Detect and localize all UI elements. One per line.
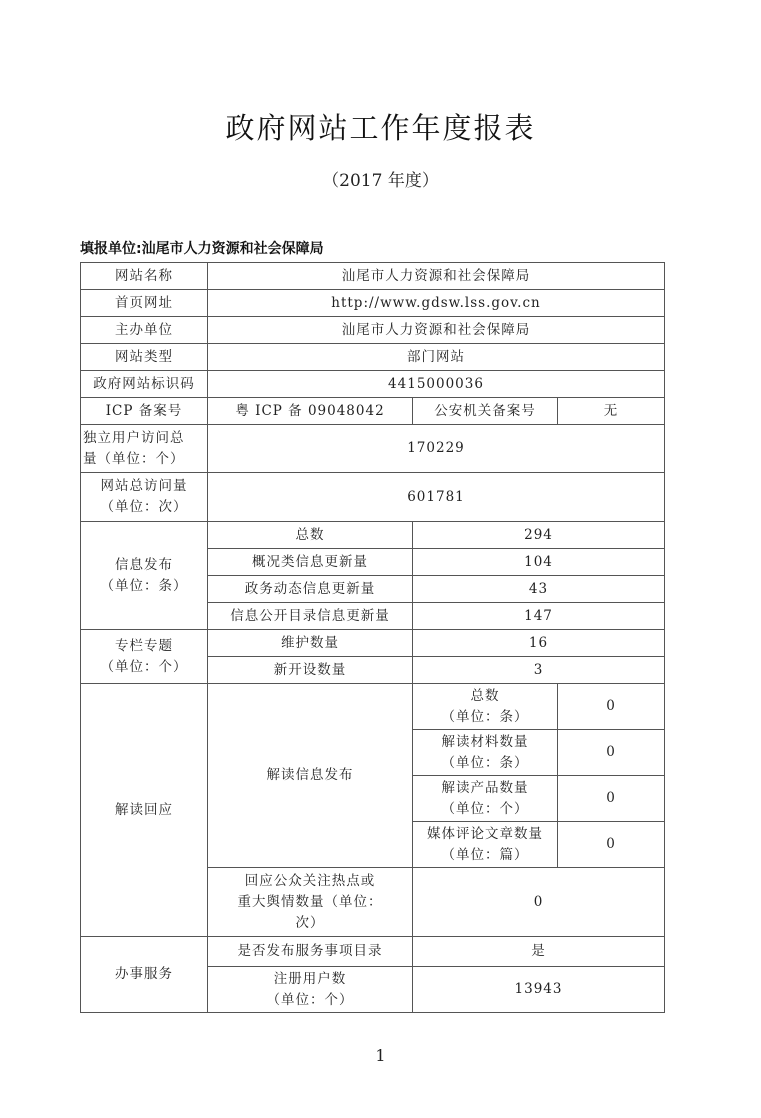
page-title: 政府网站工作年度报表: [0, 106, 761, 147]
table-row: 专栏专题 （单位：个） 维护数量 16: [81, 630, 665, 657]
interpretation-item-value: 0: [558, 684, 665, 730]
service-catalog-value: 是: [413, 937, 665, 967]
public-response-value: 0: [413, 868, 665, 937]
registered-users-label: 注册用户数 （单位：个）: [208, 967, 413, 1013]
icp-value: 粤 ICP 备 09048042: [208, 398, 413, 425]
service-catalog-label: 是否发布服务事项目录: [208, 937, 413, 967]
registered-users-value: 13943: [413, 967, 665, 1013]
info-publish-item-label: 信息公开目录信息更新量: [208, 603, 413, 630]
report-year: （2017 年度）: [0, 166, 761, 191]
interpretation-publish-label: 解读信息发布: [208, 684, 413, 868]
site-name-label: 网站名称: [81, 263, 208, 290]
interpretation-item-value: 0: [558, 730, 665, 776]
columns-item-label: 新开设数量: [208, 657, 413, 684]
police-record-value: 无: [558, 398, 665, 425]
info-publish-item-value: 43: [413, 576, 665, 603]
table-row: 首页网址 http://www.gdsw.lss.gov.cn: [81, 290, 665, 317]
table-row: 主办单位 汕尾市人力资源和社会保障局: [81, 317, 665, 344]
interpretation-item-label: 解读产品数量 （单位：个）: [413, 776, 558, 822]
table-row: 办事服务 是否发布服务事项目录 是: [81, 937, 665, 967]
unique-visitors-value: 170229: [208, 425, 665, 473]
total-visits-value: 601781: [208, 473, 665, 522]
homepage-url-value: http://www.gdsw.lss.gov.cn: [208, 290, 665, 317]
info-publish-label: 信息发布 （单位：条）: [81, 522, 208, 630]
table-row: 独立用户访问总 量（单位：个） 170229: [81, 425, 665, 473]
columns-item-value: 16: [413, 630, 665, 657]
site-type-label: 网站类型: [81, 344, 208, 371]
site-code-value: 4415000036: [208, 371, 665, 398]
organizer-label: 主办单位: [81, 317, 208, 344]
table-row: 信息发布 （单位：条） 总数 294: [81, 522, 665, 549]
icp-label: ICP 备案号: [81, 398, 208, 425]
page-number: 1: [0, 1046, 761, 1065]
site-type-value: 部门网站: [208, 344, 665, 371]
interpretation-label: 解读回应: [81, 684, 208, 937]
unique-visitors-label: 独立用户访问总 量（单位：个）: [81, 425, 208, 473]
info-publish-item-label: 政务动态信息更新量: [208, 576, 413, 603]
columns-label: 专栏专题 （单位：个）: [81, 630, 208, 684]
interpretation-item-value: 0: [558, 776, 665, 822]
police-record-label: 公安机关备案号: [413, 398, 558, 425]
columns-item-value: 3: [413, 657, 665, 684]
table-row: 解读回应 解读信息发布 总数 （单位：条） 0: [81, 684, 665, 730]
table-row: 网站名称 汕尾市人力资源和社会保障局: [81, 263, 665, 290]
info-publish-item-value: 147: [413, 603, 665, 630]
public-response-label: 回应公众关注热点或 重大舆情数量（单位： 次）: [208, 868, 413, 937]
interpretation-item-label: 总数 （单位：条）: [413, 684, 558, 730]
info-publish-item-label: 总数: [208, 522, 413, 549]
homepage-url-label: 首页网址: [81, 290, 208, 317]
table-row: 网站类型 部门网站: [81, 344, 665, 371]
table-row: ICP 备案号 粤 ICP 备 09048042 公安机关备案号 无: [81, 398, 665, 425]
table-row: 网站总访问量 （单位：次） 601781: [81, 473, 665, 522]
services-label: 办事服务: [81, 937, 208, 1013]
organizer-value: 汕尾市人力资源和社会保障局: [208, 317, 665, 344]
interpretation-item-value: 0: [558, 822, 665, 868]
table-row: 政府网站标识码 4415000036: [81, 371, 665, 398]
total-visits-label: 网站总访问量 （单位：次）: [81, 473, 208, 522]
interpretation-item-label: 解读材料数量 （单位：条）: [413, 730, 558, 776]
site-name-value: 汕尾市人力资源和社会保障局: [208, 263, 665, 290]
columns-item-label: 维护数量: [208, 630, 413, 657]
info-publish-item-value: 104: [413, 549, 665, 576]
site-code-label: 政府网站标识码: [81, 371, 208, 398]
info-publish-item-label: 概况类信息更新量: [208, 549, 413, 576]
filler-unit: 填报单位:汕尾市人力资源和社会保障局: [80, 238, 324, 258]
info-publish-item-value: 294: [413, 522, 665, 549]
interpretation-item-label: 媒体评论文章数量 （单位：篇）: [413, 822, 558, 868]
annual-report-table: 网站名称 汕尾市人力资源和社会保障局 首页网址 http://www.gdsw.…: [80, 262, 665, 1013]
